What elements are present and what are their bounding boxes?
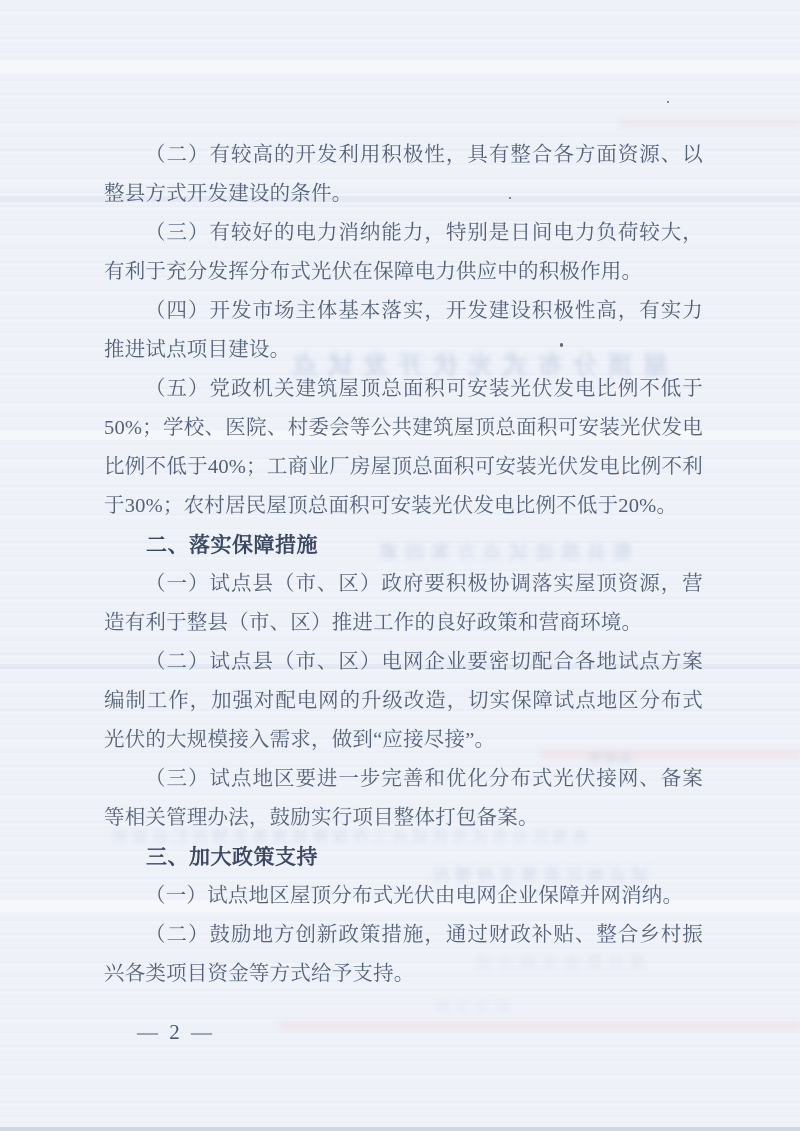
- scan-bottom-edge: [0, 1127, 800, 1131]
- paragraph-measure-3: （三）试点地区要进一步完善和优化分布式光伏接网、备案等相关管理办法，鼓励实行项目…: [104, 760, 703, 838]
- paragraph-policy-2: （二）鼓励地方创新政策措施，通过财政补贴、整合乡村振兴各类项目资金等方式给予支持…: [104, 916, 703, 994]
- bleedthrough-text: 给予支持: [430, 996, 510, 1017]
- paragraph-measure-2: （二）试点县（市、区）电网企业要密切配合各地试点方案编制工作，加强对配电网的升级…: [104, 643, 703, 760]
- section-heading-2: 二、落实保障措施: [104, 526, 703, 565]
- ink-speck: [667, 101, 669, 103]
- paragraph-policy-1: （一）试点地区屋顶分布式光伏由电网企业保障并网消纳。: [104, 877, 703, 916]
- paragraph-criterion-4: （四）开发市场主体基本落实，开发建设积极性高，有实力推进试点项目建设。: [104, 292, 703, 370]
- page-number: — 2 —: [137, 1020, 215, 1045]
- paragraph-criterion-2: （二）有较高的开发利用积极性，具有整合各方面资源、以整县方式开发建设的条件。: [104, 136, 703, 214]
- scan-band: [0, 60, 800, 74]
- pink-streak-artifact: [620, 120, 800, 126]
- paragraph-criterion-3: （三）有较好的电力消纳能力，特别是日间电力负荷较大，有利于充分发挥分布式光伏在保…: [104, 214, 703, 292]
- paragraph-measure-1: （一）试点县（市、区）政府要积极协调落实屋顶资源，营造有利于整县（市、区）推进工…: [104, 565, 703, 643]
- document-body: （二）有较高的开发利用积极性，具有整合各方面资源、以整县方式开发建设的条件。 （…: [104, 136, 703, 994]
- section-heading-3: 三、加大政策支持: [104, 838, 703, 877]
- paragraph-criterion-5: （五）党政机关建筑屋顶总面积可安装光伏发电比例不低于50%；学校、医院、村委会等…: [104, 370, 703, 526]
- scanned-document-page: 屋顶分布式光伏开发试点 整县推进试点方案因素 各地区分布式光伏试点工作保障措施落…: [0, 0, 800, 1131]
- pink-streak-artifact: [280, 1022, 800, 1030]
